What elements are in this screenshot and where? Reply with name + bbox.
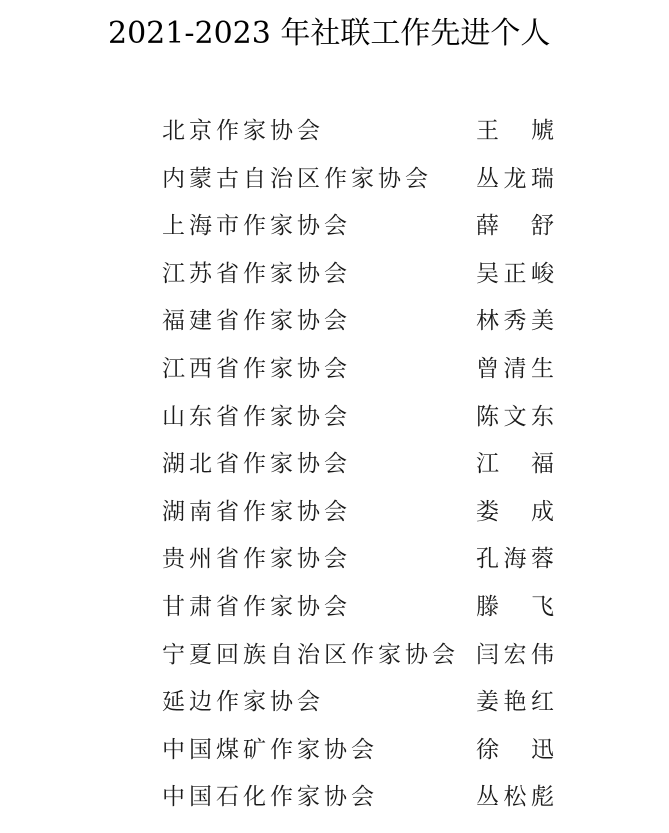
organization-name: 内蒙古自治区作家协会 (162, 156, 432, 204)
organization-name: 北京作家协会 (162, 108, 324, 156)
list-item: 上海市作家协会 薛舒 (162, 203, 562, 251)
organization-name: 延边作家协会 (162, 679, 324, 727)
honoree-list: 北京作家协会 王虓 内蒙古自治区作家协会 丛龙瑞 上海市作家协会 薛舒 江苏省作… (162, 108, 562, 822)
person-name: 丛松彪 (476, 774, 554, 822)
organization-name: 江西省作家协会 (162, 346, 351, 394)
list-item: 中国煤矿作家协会 徐迅 (162, 727, 562, 775)
organization-name: 甘肃省作家协会 (162, 584, 351, 632)
person-name: 徐迅 (476, 727, 554, 775)
list-item: 江苏省作家协会 吴正峻 (162, 251, 562, 299)
list-item: 甘肃省作家协会 滕飞 (162, 584, 562, 632)
organization-name: 中国石化作家协会 (162, 774, 378, 822)
document-title: 2021-2023 年社联工作先进个人 (108, 12, 628, 56)
organization-name: 江苏省作家协会 (162, 251, 351, 299)
list-item: 湖北省作家协会 江福 (162, 441, 562, 489)
list-item: 北京作家协会 王虓 (162, 108, 562, 156)
organization-name: 山东省作家协会 (162, 394, 351, 442)
person-name: 江福 (476, 441, 554, 489)
list-item: 江西省作家协会 曾清生 (162, 346, 562, 394)
person-name: 姜艳红 (476, 679, 554, 727)
list-item: 延边作家协会 姜艳红 (162, 679, 562, 727)
organization-name: 上海市作家协会 (162, 203, 351, 251)
organization-name: 湖北省作家协会 (162, 441, 351, 489)
organization-name: 宁夏回族自治区作家协会 (162, 632, 459, 680)
list-item: 宁夏回族自治区作家协会 闫宏伟 (162, 632, 562, 680)
organization-name: 中国煤矿作家协会 (162, 727, 378, 775)
person-name: 陈文东 (476, 394, 554, 442)
person-name: 滕飞 (476, 584, 554, 632)
list-item: 山东省作家协会 陈文东 (162, 394, 562, 442)
organization-name: 贵州省作家协会 (162, 536, 351, 584)
person-name: 娄成 (476, 489, 554, 537)
person-name: 曾清生 (476, 346, 554, 394)
list-item: 贵州省作家协会 孔海蓉 (162, 536, 562, 584)
list-item: 福建省作家协会 林秀美 (162, 298, 562, 346)
person-name: 闫宏伟 (476, 632, 554, 680)
person-name: 孔海蓉 (476, 536, 554, 584)
list-item: 湖南省作家协会 娄成 (162, 489, 562, 537)
person-name: 薛舒 (476, 203, 554, 251)
person-name: 王虓 (476, 108, 554, 156)
person-name: 吴正峻 (476, 251, 554, 299)
list-item: 内蒙古自治区作家协会 丛龙瑞 (162, 156, 562, 204)
person-name: 林秀美 (476, 298, 554, 346)
person-name: 丛龙瑞 (476, 156, 554, 204)
organization-name: 福建省作家协会 (162, 298, 351, 346)
list-item: 中国石化作家协会 丛松彪 (162, 774, 562, 822)
organization-name: 湖南省作家协会 (162, 489, 351, 537)
